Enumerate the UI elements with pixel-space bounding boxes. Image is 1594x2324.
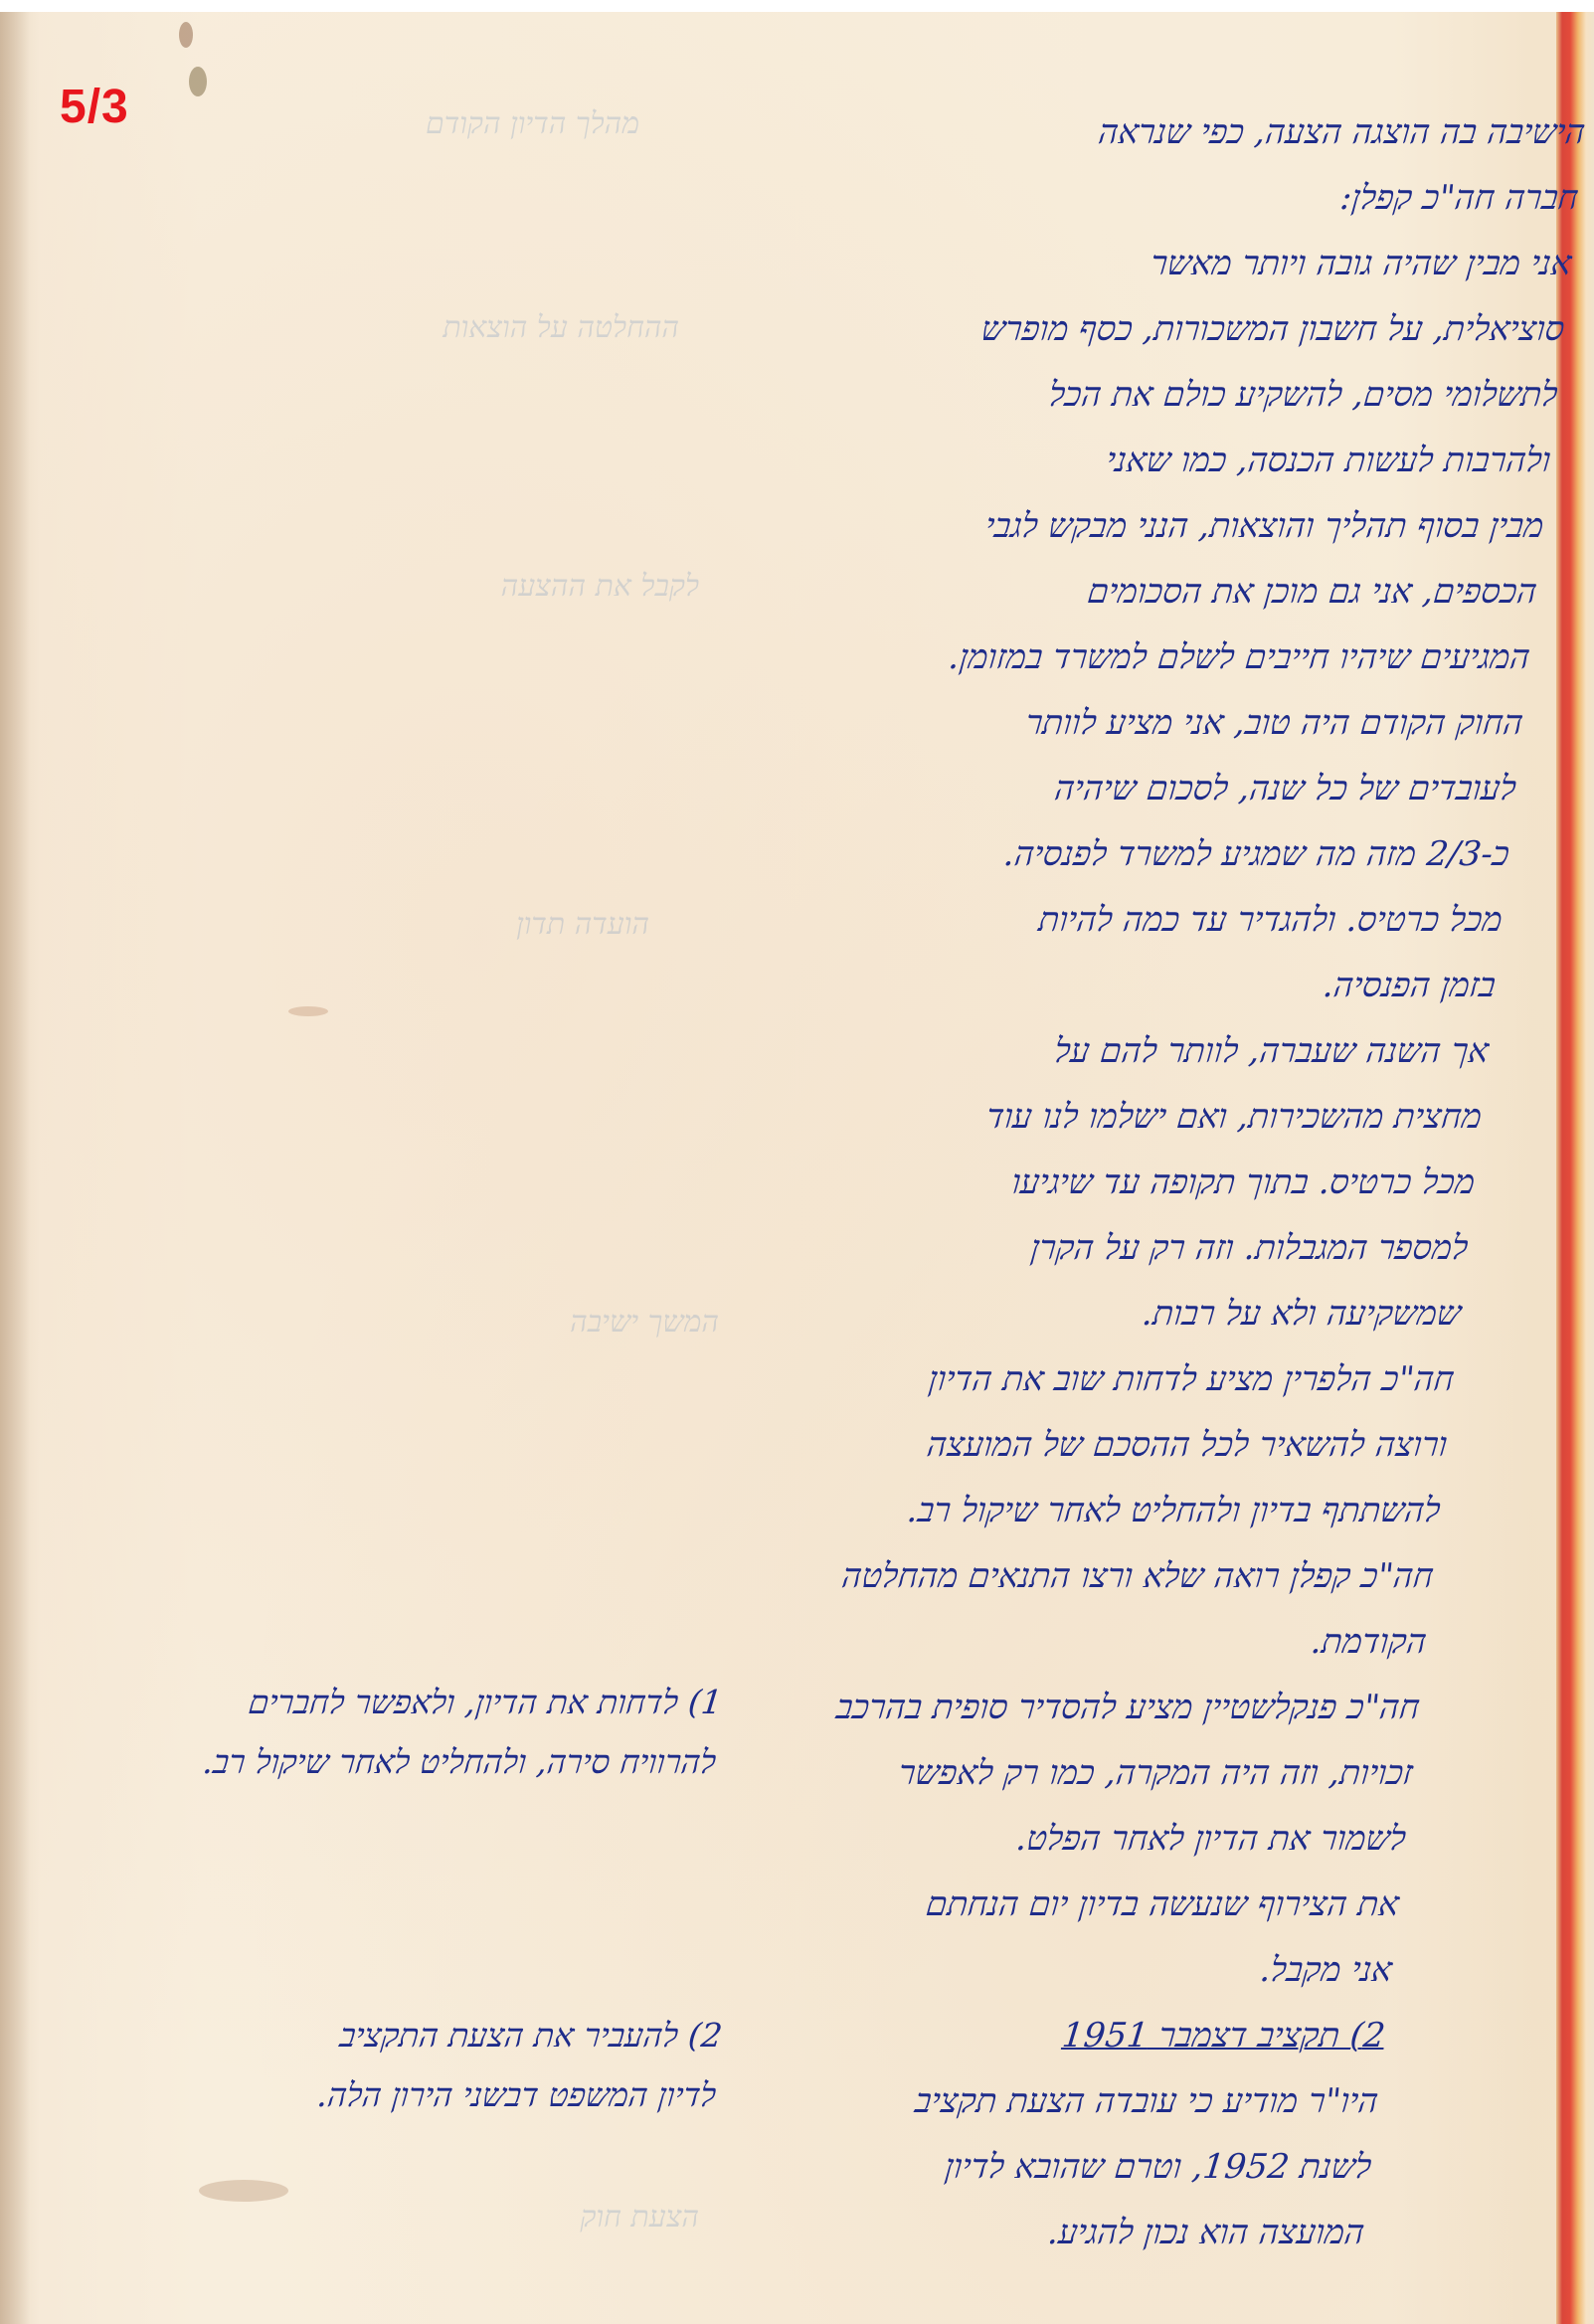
text-line: להשתתף בדיון ולהחליט לאחר שיקול רב.	[681, 1478, 1444, 1543]
page-gutter-shadow	[0, 12, 30, 2324]
text-line: מכל כרטיס. ולהגדיר עד כמה להיות	[743, 887, 1505, 953]
bleed-through-text: מהלך הדיון הקודם	[426, 106, 639, 141]
text-line: בזמן הפנסיה.	[736, 953, 1499, 1018]
text-line: 2) להעביר את הצעת התקציב	[23, 2006, 725, 2065]
ink-stain	[189, 67, 207, 96]
text-line: 1) לדחות את הדיון, ולאפשר לחברים	[23, 1673, 725, 1732]
ink-stain	[288, 1006, 328, 1016]
text-line: לעובדים של כל שנה, לסכום שיהיה	[757, 756, 1519, 821]
text-line: חה"כ הלפרין מציע לדחות שוב את הדיון	[695, 1346, 1458, 1412]
notebook-page: מהלך הדיון הקודם ההחלטה על הוצאות לקבל א…	[0, 12, 1594, 2324]
text-line: מכל כרטיס. בתוך תקופה עד שיגיעו	[716, 1150, 1479, 1215]
text-line: ולהרבות לעשות הכנסה, כמו שאני	[792, 428, 1554, 493]
text-line: לשמור את הדיון לאחר הפלט.	[646, 1806, 1409, 1872]
text-line: למספר המגבלות. וזה רק על הקרן	[709, 1215, 1472, 1281]
margin-note-resolution-2: 2) להעביר את הצעת התקציב לדיון המשפט דבש…	[17, 2006, 726, 2125]
text-line: המגיעים שיהיו חייבים לשלם למשרד במזומן.	[771, 625, 1533, 690]
bleed-through-text: לקבל את ההצעה	[501, 569, 699, 604]
section-heading-underlined: 2) תקציב דצמבר 1951	[625, 2003, 1388, 2068]
text-line: אני מקבל.	[632, 1937, 1395, 2003]
bleed-through-text: המשך ישיבה	[570, 1305, 719, 1340]
text-line: הישיבה בה הוצגה הצעה, כפי שנראה	[826, 99, 1589, 165]
ink-stain	[199, 2180, 288, 2202]
text-line: לשנת 1952, וטרם שהובא לדיון	[612, 2134, 1374, 2200]
text-line: זכויות, וזה היה המקרה, כמו רק לאפשר	[653, 1740, 1416, 1806]
text-line: הקודמת.	[667, 1609, 1430, 1675]
text-line: מבין בסוף תהליך והוצאות, הנני מבקש לגבי	[785, 493, 1547, 559]
margin-note-resolution-1: 1) לדחות את הדיון, ולאפשר לחברים להרוויח…	[17, 1673, 726, 1792]
page-number-label: 5/3	[60, 80, 129, 134]
text-line: אני מבין שהיה גובה ויותר מאשר	[812, 231, 1575, 296]
text-line: את הצירוף שנעשה בדיון יום הנחתם	[639, 1872, 1402, 1937]
text-line: החוק הקודם היה טוב, אני מציע לוותר	[764, 690, 1526, 756]
text-line: כ-2/3 מזה מה שמגיע למשרד לפנסיה.	[750, 821, 1512, 887]
text-line: מחצית מהשכירות, ואם ישלמו לנו עוד	[722, 1084, 1485, 1150]
bleed-through-text: ההחלטה על הוצאות	[443, 310, 679, 345]
text-line: לדיון המשפט דבשני הירון הלה.	[17, 2065, 719, 2125]
bleed-through-text: הועדה תדון	[516, 907, 649, 942]
text-line: חה"כ פנקלשטיין מציע להסדיר סופית בהרכב	[660, 1675, 1423, 1740]
ink-stain	[179, 22, 193, 48]
text-line: חברה חה"כ קפלן:	[819, 165, 1582, 231]
text-line: להרוויח סירה, ולהחליט לאחר שיקול רב.	[17, 1732, 719, 1792]
text-line: סוציאלית, על חשבון המשכורות, כסף מופרש	[805, 296, 1568, 362]
notebook-edge-binding	[1556, 12, 1594, 2324]
text-line: לתשלומי מסים, להשקיע כולם את הכל	[798, 362, 1561, 428]
text-line: היו"ר מודיע כי עובדה הצעת תקציב	[619, 2068, 1381, 2134]
text-line: שמשקיעה ולא על רבות.	[702, 1281, 1465, 1346]
text-line: אך השנה שעברה, לוותר להם על	[729, 1018, 1492, 1084]
text-line: המועצה הוא נכון להגיע.	[606, 2200, 1368, 2265]
text-line: ורוצה להשאיר לכל ההסכם של המועצה	[688, 1412, 1451, 1478]
text-line: חה"כ קפלן רואה שלא ורצו התנאים מהחלטה	[674, 1543, 1437, 1609]
text-line: הכספים, אני גם מוכן את הסכומים	[778, 559, 1540, 625]
